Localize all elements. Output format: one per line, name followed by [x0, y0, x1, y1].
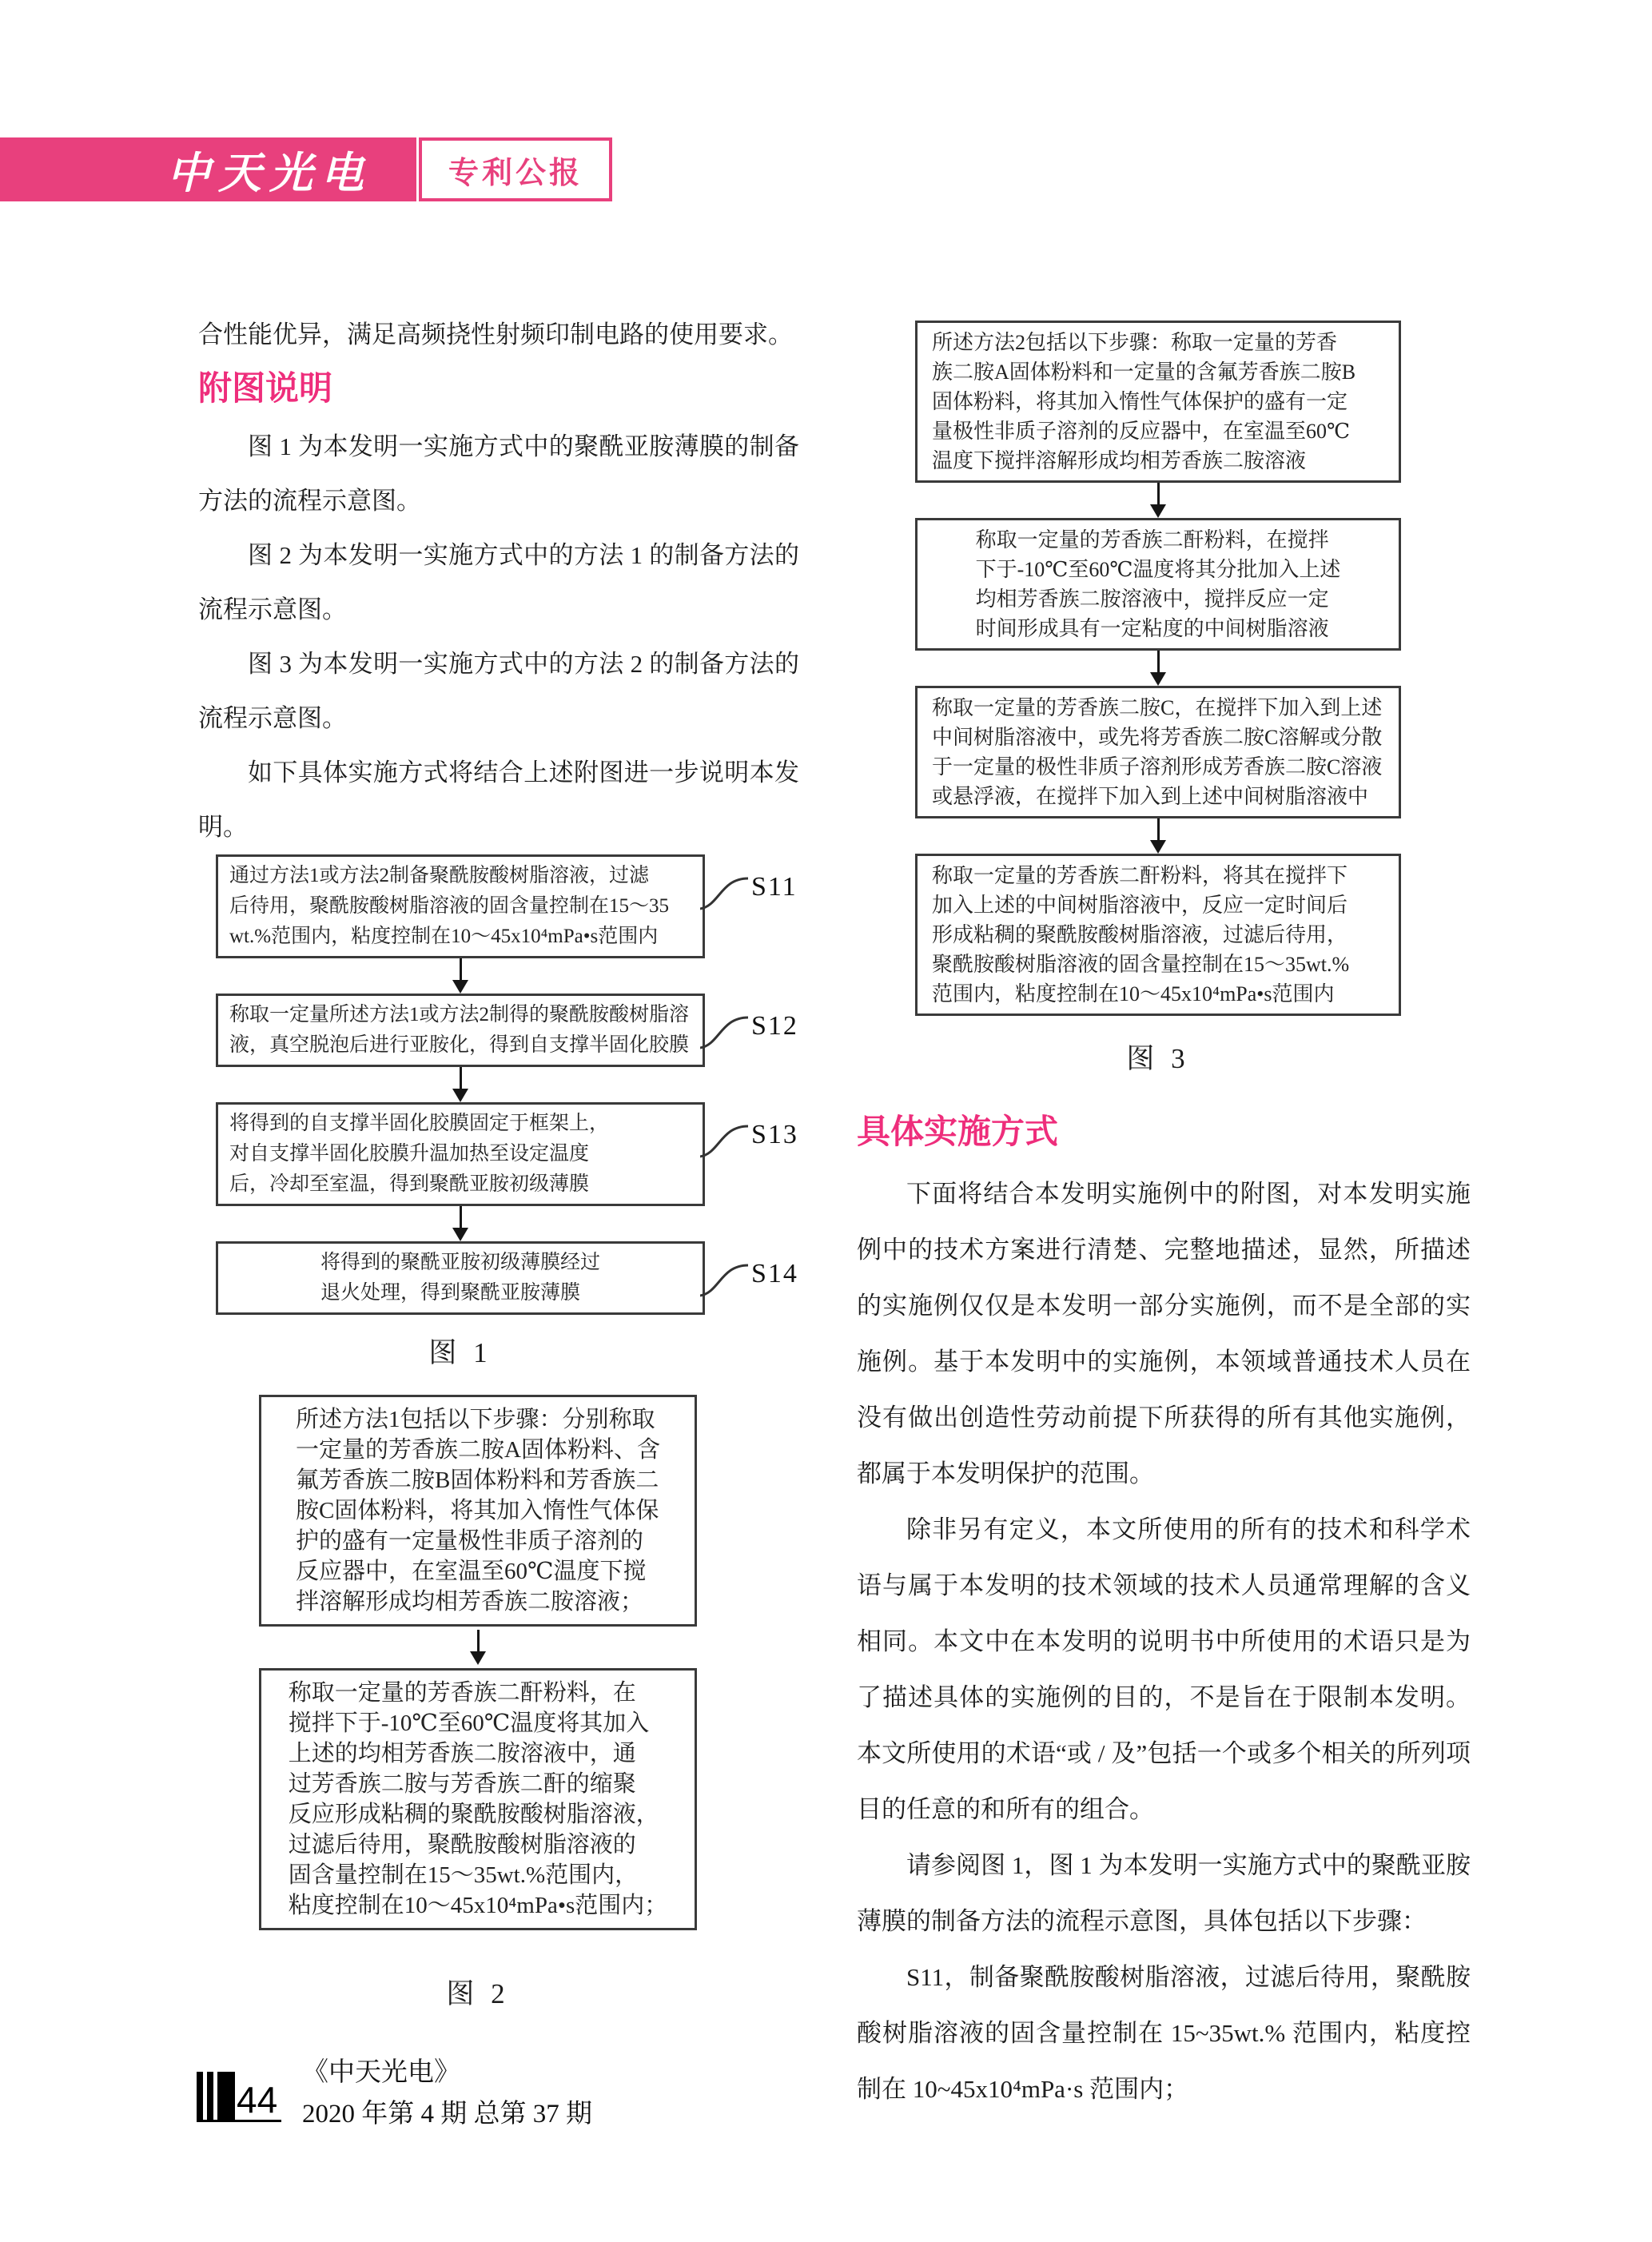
flow-box-s13-text: 将得到的自支撑半固化胶膜固定于框架上， 对自支撑半固化胶膜升温加热至设定温度 后… — [229, 1109, 609, 1200]
figure-3-flowchart: 所述方法2包括以下步骤：称取一定量的芳香 族二胺A固体粉料和一定量的含氟芳香族二… — [857, 321, 1471, 1077]
flow-arrow-down — [915, 651, 1401, 686]
flow-box-method2-step1-text: 所述方法2包括以下步骤：称取一定量的芳香 族二胺A固体粉料和一定量的含氟芳香族二… — [932, 328, 1355, 476]
flow-box-s11: 通过方法1或方法2制备聚酰胺酸树脂溶液，过滤 后待用，聚酰胺酸树脂溶液的固含量控… — [216, 854, 705, 958]
figure-3-caption: 图 3 — [915, 1037, 1401, 1077]
continuation-paragraph: 合性能优异，满足高频挠性射频印制电路的使用要求。 — [198, 308, 799, 362]
paragraph-implementation-4: S11，制备聚酰胺酸树脂溶液，过滤后待用，聚酰胺酸树脂溶液的固含量控制在 15~… — [857, 1949, 1471, 2117]
flow-box-method2-step3: 称取一定量的芳香族二胺C，在搅拌下加入到上述 中间树脂溶液中，或先将芳香族二胺C… — [915, 686, 1401, 818]
figure-1-caption: 图 1 — [216, 1331, 705, 1371]
flow-arrow-down — [216, 958, 705, 994]
flow-box-method2-step1: 所述方法2包括以下步骤：称取一定量的芳香 族二胺A固体粉料和一定量的含氟芳香族二… — [915, 321, 1401, 483]
flow-box-s12: 称取一定量所述方法1或方法2制得的聚酰胺酸树脂溶 液，真空脱泡后进行亚胺化，得到… — [216, 994, 705, 1067]
patent-gazette-page: 中天光电 专利公报 合性能优异，满足高频挠性射频印制电路的使用要求。 附图说明 … — [0, 0, 1652, 2242]
step-label-s13: S13 — [751, 1120, 798, 1150]
figure-1-flowchart: 通过方法1或方法2制备聚酰胺酸树脂溶液，过滤 后待用，聚酰胺酸树脂溶液的固含量控… — [198, 854, 799, 1371]
connector-curve-s14 — [700, 1260, 750, 1297]
flow-box-method1-step1-text: 所述方法1包括以下步骤：分别称取 一定量的芳香族二胺A固体粉料、含 氟芳香族二胺… — [296, 1404, 660, 1617]
step-label-s14: S14 — [751, 1259, 798, 1289]
section-heading-detailed-implementation: 具体实施方式 — [857, 1110, 1471, 1155]
flow-step-s14: 将得到的聚酰亚胺初级薄膜经过 退火处理，得到聚酰亚胺薄膜 S14 — [216, 1241, 705, 1315]
step-label-s12: S12 — [751, 1011, 798, 1041]
figure-2-flowchart: 所述方法1包括以下步骤：分别称取 一定量的芳香族二胺A固体粉料、含 氟芳香族二胺… — [198, 1395, 799, 2012]
section-heading-figure-description: 附图说明 — [198, 367, 799, 412]
flow-box-method1-step2-text: 称取一定量的芳香族二酐粉料，在 搅拌下于-10℃至60℃温度将其加入 上述的均相… — [289, 1678, 668, 1921]
flow-box-s14: 将得到的聚酰亚胺初级薄膜经过 退火处理，得到聚酰亚胺薄膜 — [216, 1241, 705, 1315]
flow-box-method2-step2: 称取一定量的芳香族二酐粉料，在搅拌 下于-10℃至60℃温度将其分批加入上述 均… — [915, 518, 1401, 651]
step-label-s11: S11 — [751, 872, 798, 902]
patent-gazette-badge: 专利公报 — [419, 137, 612, 201]
flow-box-s14-text: 将得到的聚酰亚胺初级薄膜经过 退火处理，得到聚酰亚胺薄膜 — [320, 1248, 600, 1308]
footer-issue-info: 2020 年第 4 期 总第 37 期 — [302, 2093, 592, 2130]
paragraph-fig1-desc: 图 1 为本发明一实施方式中的聚酰亚胺薄膜的制备方法的流程示意图。 — [198, 420, 799, 528]
paragraph-implementation-1: 下面将结合本发明实施例中的附图，对本发明实施例中的技术方案进行清楚、完整地描述，… — [857, 1166, 1471, 1502]
left-column: 合性能优异，满足高频挠性射频印制电路的使用要求。 附图说明 图 1 为本发明一实… — [198, 308, 799, 2012]
paragraph-implementation-3: 请参阅图 1，图 1 为本发明一实施方式中的聚酰亚胺薄膜的制备方法的流程示意图，… — [857, 1838, 1471, 1949]
flow-box-method2-step3-text: 称取一定量的芳香族二胺C，在搅拌下加入到上述 中间树脂溶液中，或先将芳香族二胺C… — [932, 693, 1382, 811]
flow-box-method2-step4-text: 称取一定量的芳香族二酐粉料，将其在搅拌下 加入上述的中间树脂溶液中，反应一定时间… — [932, 861, 1349, 1009]
footer-journal-title: 《中天光电》 — [302, 2051, 460, 2089]
brand-bar: 中天光电 — [0, 137, 416, 201]
flow-arrow-down — [216, 1067, 705, 1102]
flow-box-method1-step1: 所述方法1包括以下步骤：分别称取 一定量的芳香族二胺A固体粉料、含 氟芳香族二胺… — [259, 1395, 697, 1627]
flow-box-method2-step4: 称取一定量的芳香族二酐粉料，将其在搅拌下 加入上述的中间树脂溶液中，反应一定时间… — [915, 854, 1401, 1016]
page-number: 44 — [237, 2078, 277, 2121]
flow-arrow-down — [915, 818, 1401, 854]
flow-box-s11-text: 通过方法1或方法2制备聚酰胺酸树脂溶液，过滤 后待用，聚酰胺酸树脂溶液的固含量控… — [229, 861, 669, 952]
connector-curve-s11 — [700, 874, 750, 910]
patent-gazette-badge-label: 专利公报 — [448, 148, 583, 192]
flow-arrow-down — [216, 1206, 705, 1241]
flow-box-method1-step2: 称取一定量的芳香族二酐粉料，在 搅拌下于-10℃至60℃温度将其加入 上述的均相… — [259, 1668, 697, 1930]
flow-step-s13: 将得到的自支撑半固化胶膜固定于框架上， 对自支撑半固化胶膜升温加热至设定温度 后… — [216, 1102, 705, 1206]
paragraph-implementation-2: 除非另有定义，本文所使用的所有的技术和科学术语与属于本发明的技术领域的技术人员通… — [857, 1502, 1471, 1838]
paragraph-further-desc: 如下具体实施方式将结合上述附图进一步说明本发明。 — [198, 746, 799, 854]
brand-logo: 中天光电 — [167, 139, 372, 201]
flow-box-s12-text: 称取一定量所述方法1或方法2制得的聚酰胺酸树脂溶 液，真空脱泡后进行亚胺化，得到… — [229, 1000, 689, 1061]
flow-box-method2-step2-text: 称取一定量的芳香族二酐粉料，在搅拌 下于-10℃至60℃温度将其分批加入上述 均… — [976, 525, 1341, 643]
footer-rule — [197, 2120, 281, 2122]
flow-box-s13: 将得到的自支撑半固化胶膜固定于框架上， 对自支撑半固化胶膜升温加热至设定温度 后… — [216, 1102, 705, 1206]
connector-curve-s12 — [700, 1013, 750, 1049]
paragraph-fig2-desc: 图 2 为本发明一实施方式中的方法 1 的制备方法的流程示意图。 — [198, 528, 799, 637]
flow-arrow-down — [915, 483, 1401, 518]
figure-2-caption: 图 2 — [259, 1972, 697, 2012]
flow-step-s11: 通过方法1或方法2制备聚酰胺酸树脂溶液，过滤 后待用，聚酰胺酸树脂溶液的固含量控… — [216, 854, 705, 958]
flow-arrow-down — [259, 1627, 697, 1668]
flow-step-s12: 称取一定量所述方法1或方法2制得的聚酰胺酸树脂溶 液，真空脱泡后进行亚胺化，得到… — [216, 994, 705, 1067]
paragraph-fig3-desc: 图 3 为本发明一实施方式中的方法 2 的制备方法的流程示意图。 — [198, 637, 799, 746]
connector-curve-s13 — [700, 1121, 750, 1158]
right-column: 所述方法2包括以下步骤：称取一定量的芳香 族二胺A固体粉料和一定量的含氟芳香族二… — [857, 308, 1471, 2117]
